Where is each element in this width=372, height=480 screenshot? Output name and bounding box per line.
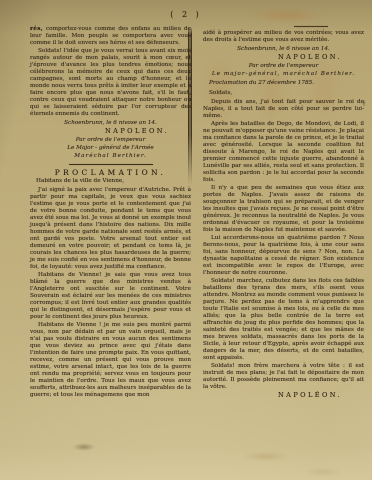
ink-bleedthrough-bottom-1	[236, 452, 296, 461]
paragraph-continuation: rés, comportez-vous comme des enfans au …	[30, 26, 191, 47]
paragraph-battles-dego: Après les batailles de Dego, de Mondovi,…	[203, 121, 364, 184]
byline-order-right: Par ordre de l'empereur	[203, 63, 364, 70]
section-rule	[69, 164, 153, 165]
paragraph-fourth-pardon: Lui accorderons-nous un quatrième pardon…	[203, 235, 364, 277]
signature-napoleon-end: NAPOLÉON.	[203, 392, 364, 399]
left-column: rés, comportez-vous comme des enfans au …	[30, 26, 191, 401]
right-column: aidé à prospérer au milieu de vos contré…	[203, 26, 364, 401]
paragraph-continuation-right: aidé à prospérer au milieu de vos contré…	[203, 30, 364, 44]
signature-napoleon-right: NAPOLEON.	[203, 54, 364, 61]
dateline-schoenbrunn-right: Schoenbrunn, le 6 nivose an 14.	[203, 46, 364, 53]
paragraph-peace-signed: J'ai signé la paix avec l'empereur d'Aut…	[30, 187, 191, 271]
press-signature-smudge	[70, 443, 98, 451]
byline-marechal-berthier-right: Le major-général, maréchal Berthier.	[203, 71, 364, 78]
paragraph-king-of-naples: Depuis dix ans, j'ai tout fait pour sauv…	[203, 99, 364, 120]
signature-napoleon: NAPOLEON.	[30, 128, 191, 135]
page-edge-speck	[362, 98, 366, 108]
byline-order: Par ordre de l'empereur	[30, 137, 191, 144]
scanned-gazette-page: ( 2 ) rés, comportez-vous comme des enfa…	[0, 0, 372, 480]
proclamation-heading: PROCLAMATION.	[30, 169, 191, 176]
page-number: ( 2 )	[0, 10, 372, 19]
top-short-rule	[294, 26, 328, 27]
dateline-schoenbrunn: Schoenbrunn, le 6 nivose an 14.	[30, 120, 191, 127]
paragraph-gates-of-naples: Il n'y a que peu de semaines que vous ét…	[203, 185, 364, 234]
paragraph-farewell-arsenal: Habitans de Vienne ! je me suis peu mont…	[30, 322, 191, 399]
two-column-text: rés, comportez-vous comme des enfans au …	[30, 26, 364, 401]
byline-marechal-berthier: Maréchal Berthier.	[30, 153, 191, 160]
salutation-soldiers: Soldats,	[203, 90, 364, 97]
paragraph-soldiers: Soldats! l'idée que je vous verrai tous …	[30, 48, 191, 118]
byline-major-general: Le Major - général de l'Armée	[30, 145, 191, 152]
smudged-first-word: rés,	[30, 26, 43, 32]
proclamation-title-naples: Proclamation du 27 décembre 1785.	[203, 80, 364, 87]
paragraph-continuation-text: comportez-vous comme des enfans au milie…	[30, 26, 191, 46]
paragraph-blamed-war: Habitans de Vienne! je sais que vous ave…	[30, 272, 191, 321]
salutation-vienna: Habitans de la ville de Vienne,	[30, 178, 191, 185]
paragraph-brother-leads: Soldats! mon frère marchera à votre tête…	[203, 363, 364, 391]
paragraph-march-soldiers: Soldats! marchez, culbutez dans les flot…	[203, 278, 364, 362]
ink-bleedthrough-bottom-2	[300, 468, 346, 476]
